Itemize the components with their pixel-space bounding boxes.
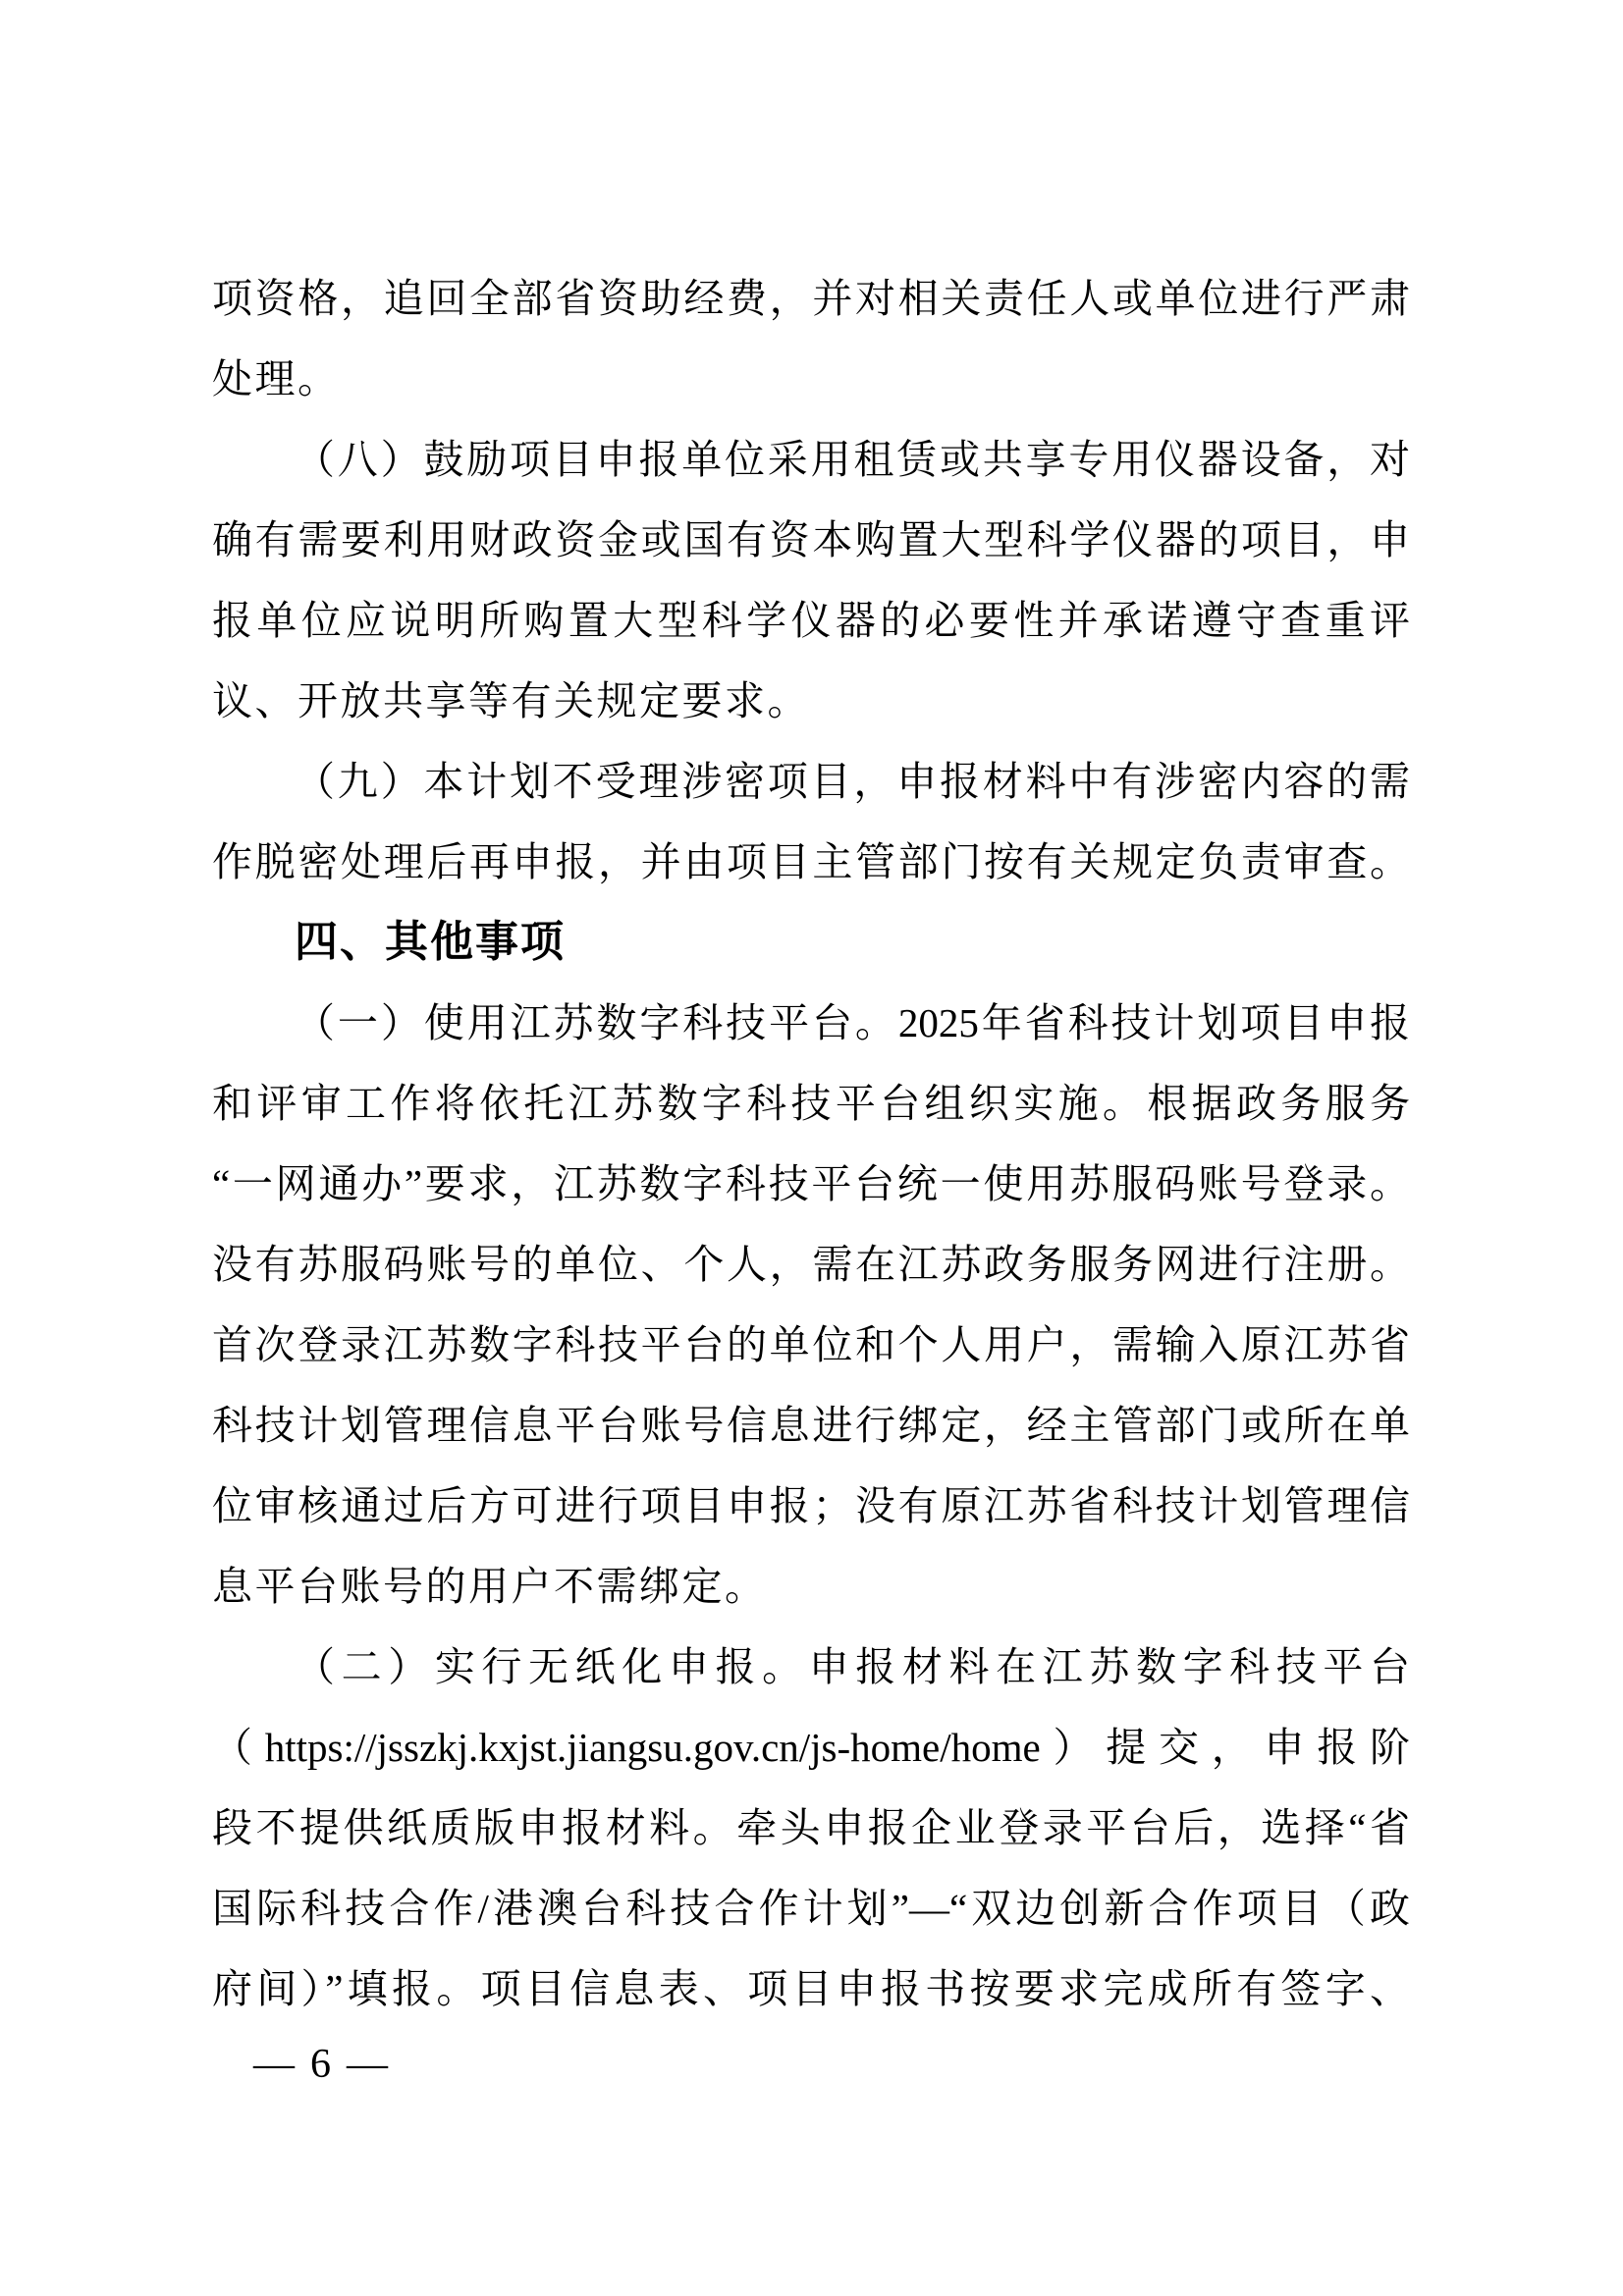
body-line-22: 府间）”填报。项目信息表、项目申报书按要求完成所有签字、 [212,1949,1410,2029]
body-line-15: 科技计划管理信息平台账号信息进行绑定，经主管部门或所在单 [212,1385,1410,1466]
body-line-19: （https://jsszkj.kxjst.jiangsu.gov.cn/js-… [212,1707,1410,1788]
document-page: 项资格，追回全部省资助经费，并对相关责任人或单位进行严肃 处理。 （八）鼓励项目… [0,0,1623,2296]
body-line-17: 息平台账号的用户不需绑定。 [212,1546,1410,1627]
footer-page-number: 6 [310,2042,331,2087]
body-line-3: （八）鼓励项目申报单位采用租赁或共享专用仪器设备，对 [212,419,1410,500]
body-line-21: 国际科技合作/港澳台科技合作计划”—“双边创新合作项目（政 [212,1868,1410,1949]
body-line-11: 和评审工作将依托江苏数字科技平台组织实施。根据政务服务 [212,1063,1410,1144]
body-line-6: 议、开放共享等有关规定要求。 [212,661,1410,741]
body-line-1: 项资格，追回全部省资助经费，并对相关责任人或单位进行严肃 [212,258,1410,339]
text-column: 项资格，追回全部省资助经费，并对相关责任人或单位进行严肃 处理。 （八）鼓励项目… [212,258,1410,2029]
body-line-4: 确有需要利用财政资金或国有资本购置大型科学仪器的项目，申 [212,500,1410,580]
footer-dash-right: — [347,2042,388,2087]
body-line-7: （九）本计划不受理涉密项目，申报材料中有涉密内容的需 [212,741,1410,822]
page-footer: —6— [253,2044,388,2085]
body-line-5: 报单位应说明所购置大型科学仪器的必要性并承诺遵守查重评 [212,580,1410,661]
body-line-14: 首次登录江苏数字科技平台的单位和个人用户，需输入原江苏省 [212,1305,1410,1385]
body-line-2: 处理。 [212,339,1410,419]
body-line-16: 位审核通过后方可进行项目申报；没有原江苏省科技计划管理信 [212,1466,1410,1546]
body-line-12: “一网通办”要求，江苏数字科技平台统一使用苏服码账号登录。 [212,1144,1410,1224]
body-line-13: 没有苏服码账号的单位、个人，需在江苏政务服务网进行注册。 [212,1224,1410,1305]
section-heading: 四、其他事项 [212,902,1410,983]
body-line-20: 段不提供纸质版申报材料。牵头申报企业登录平台后，选择“省 [212,1788,1410,1868]
body-line-8: 作脱密处理后再申报，并由项目主管部门按有关规定负责审查。 [212,822,1410,902]
body-line-18: （二）实行无纸化申报。申报材料在江苏数字科技平台 [212,1627,1410,1707]
footer-dash-left: — [253,2042,295,2087]
body-line-10: （一）使用江苏数字科技平台。2025年省科技计划项目申报 [212,983,1410,1063]
